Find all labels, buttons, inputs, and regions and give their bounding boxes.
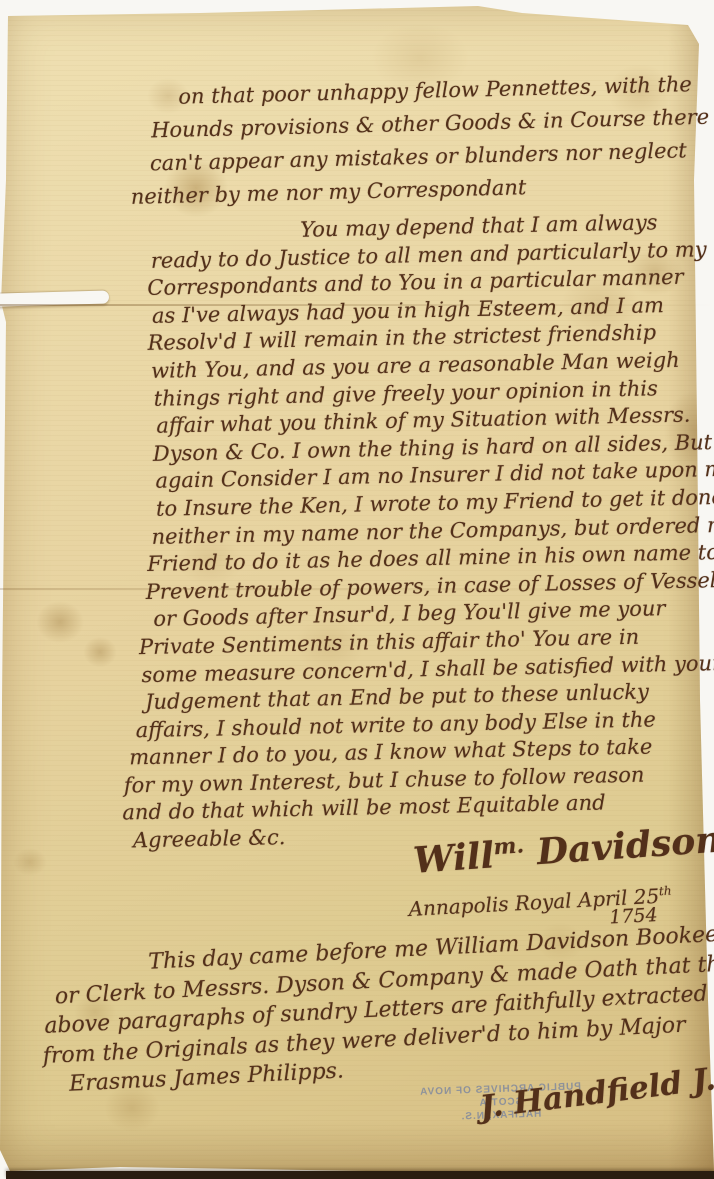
signature-superscript: m.: [493, 833, 525, 860]
dateline-superscript: th: [659, 884, 672, 899]
scan-bottom-shadow: [6, 1171, 714, 1179]
letter-paragraph-1: on that poor unhappy fellow Pennettes, w…: [125, 68, 711, 214]
document-scan: on that poor unhappy fellow Pennettes, w…: [0, 0, 714, 1179]
signature-text: Will: [412, 834, 496, 882]
letter-paragraph-2: You may depend that I am always ready to…: [95, 208, 714, 856]
